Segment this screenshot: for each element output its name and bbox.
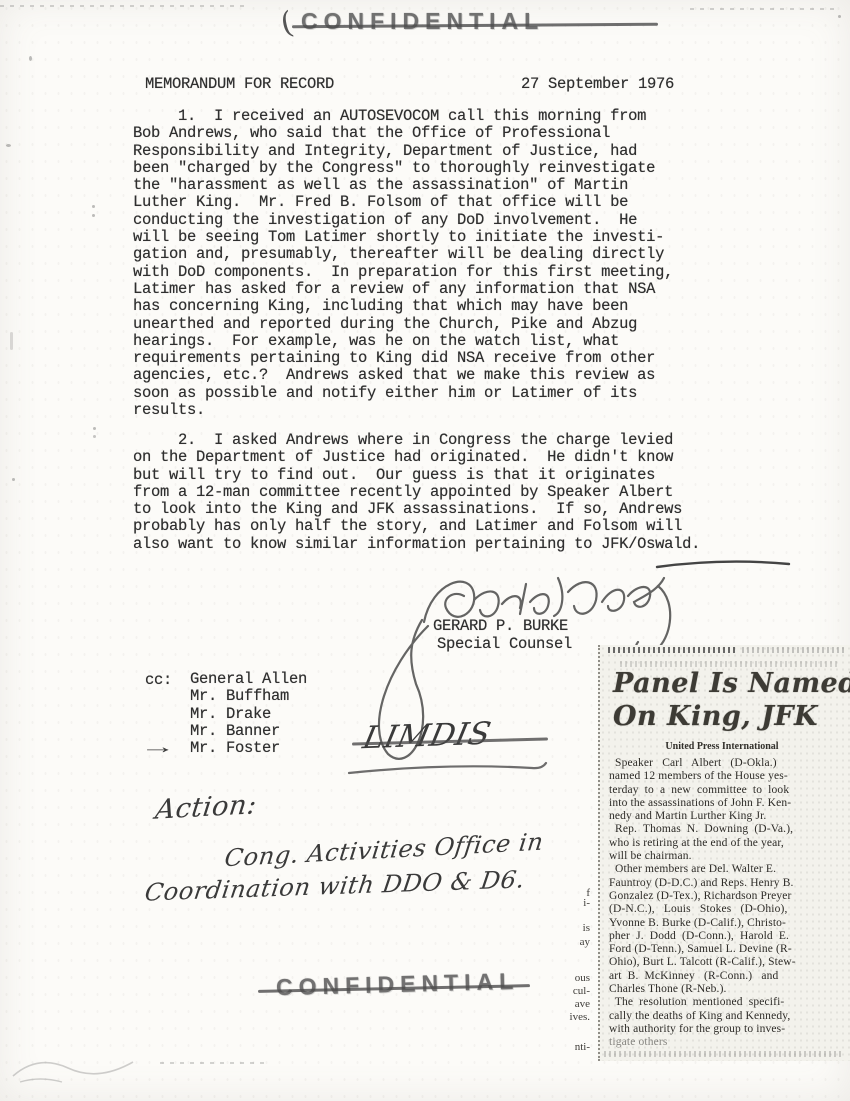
clipping-torn-edge bbox=[608, 647, 738, 653]
scan-noise-top-left bbox=[0, 5, 250, 7]
limdis-handwriting: LIMDIS bbox=[360, 716, 495, 756]
action-label-handwriting: Action: bbox=[154, 789, 259, 825]
action-note-line2: Coordination with DDO & D6. bbox=[143, 865, 527, 906]
bottom-left-scribble bbox=[8, 1046, 158, 1088]
clipping-headline-line2: On King, JFK bbox=[613, 701, 818, 732]
confidential-stamp-top: CONFIDENTIAL bbox=[301, 8, 544, 35]
memo-date: 27 September 1976 bbox=[521, 75, 674, 93]
margin-speck bbox=[92, 205, 95, 208]
newspaper-clipping: Panel Is Named On King, JFK United Press… bbox=[598, 645, 850, 1061]
margin-speck bbox=[12, 478, 15, 481]
memo-paragraph-1: 1. I received an AUTOSEVOCOM call this m… bbox=[133, 108, 673, 419]
foster-arrow-icon: → bbox=[147, 737, 169, 759]
limdis-underline-swoosh bbox=[346, 760, 552, 778]
memo-paragraph-2: 2. I asked Andrews where in Congress the… bbox=[133, 432, 700, 553]
clipping-headline-line1: Panel Is Named bbox=[613, 668, 850, 699]
cc-names: General AllenMr. BuffhamMr. DrakeMr. Ban… bbox=[190, 671, 307, 757]
margin-speck bbox=[838, 15, 841, 18]
signature-typed-name: GERARD P. BURKE bbox=[433, 617, 568, 635]
margin-speck bbox=[29, 56, 32, 61]
margin-speck bbox=[6, 144, 11, 147]
scan-noise-bottom bbox=[160, 1062, 270, 1064]
margin-speck bbox=[93, 427, 96, 430]
clipping-bottom-smudge bbox=[604, 1051, 842, 1057]
signature-typed-title: Special Counsel bbox=[437, 635, 572, 653]
stray-paren-mark: ( bbox=[277, 5, 296, 42]
margin-smudge bbox=[10, 332, 13, 350]
clipping-torn-edge-right bbox=[742, 647, 846, 653]
clipping-byline: United Press International bbox=[604, 741, 840, 752]
cc-label: cc: bbox=[145, 671, 172, 689]
clipping-smudge-row bbox=[620, 661, 840, 667]
clipping-body-text: Speaker Carl Albert (D-Okla.)named 12 me… bbox=[609, 757, 796, 1050]
scanned-memo-page: ( CONFIDENTIAL MEMORANDUM FOR RECORD 27 … bbox=[0, 0, 850, 1101]
scan-noise-top-right bbox=[690, 8, 840, 10]
memo-title: MEMORANDUM FOR RECORD bbox=[145, 75, 334, 93]
